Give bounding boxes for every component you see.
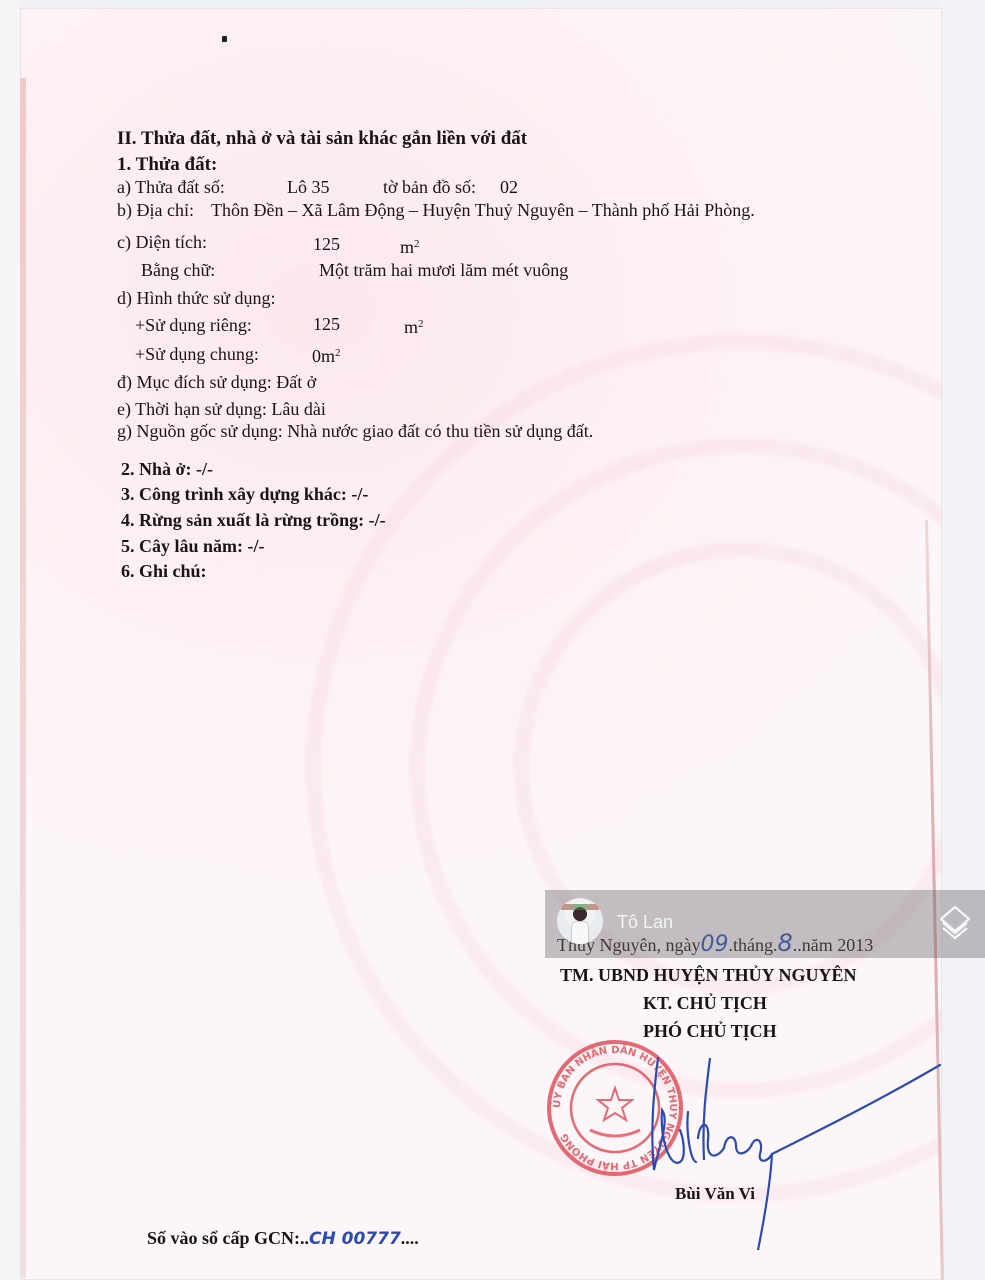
area-value: 125	[313, 233, 340, 255]
registration-number: Số vào sổ cấp GCN:..CH 00777....	[147, 1227, 419, 1250]
plot-number-value: Lô 35	[287, 176, 330, 198]
role-line-1: KT. CHỦ TỊCH	[643, 992, 767, 1014]
org-line: TM. UBND HUYỆN THỦY NGUYÊN	[560, 964, 857, 986]
address-value: Thôn Đền – Xã Lâm Động – Huyện Thuỷ Nguy…	[211, 199, 755, 221]
item-notes: 6. Ghi chú:	[121, 560, 207, 582]
section-title: II. Thửa đất, nhà ở và tài sản khác gắn …	[117, 128, 527, 150]
usage-term: e) Thời hạn sử dụng: Lâu dài	[117, 398, 326, 420]
area-words-value: Một trăm hai mươi lăm mét vuông	[319, 259, 568, 281]
land-plot-heading: 1. Thửa đất:	[117, 154, 217, 176]
share-overlay-bar	[545, 890, 985, 958]
map-sheet-label: tờ bản đồ số:	[383, 176, 476, 198]
shared-use-value: 0m2	[312, 342, 341, 367]
private-use-unit: m2	[404, 313, 424, 338]
item-perennial-trees: 5. Cây lâu năm: -/-	[121, 535, 265, 557]
area-label: c) Diện tích:	[117, 231, 207, 253]
document-content: II. Thửa đất, nhà ở và tài sản khác gắn …	[0, 0, 985, 1280]
user-avatar[interactable]	[557, 898, 603, 944]
plot-number-label: a) Thửa đất số:	[117, 176, 225, 198]
usage-form-label: d) Hình thức sử dụng:	[117, 287, 276, 309]
item-other-construction: 3. Công trình xây dựng khác: -/-	[121, 483, 368, 505]
item-production-forest: 4. Rừng sản xuất là rừng trồng: -/-	[121, 509, 386, 531]
user-name[interactable]: Tô Lan	[617, 912, 673, 933]
shared-use-label: +Sử dụng chung:	[135, 343, 259, 365]
usage-origin: g) Nguồn gốc sử dụng: Nhà nước giao đất …	[117, 420, 593, 442]
private-use-label: +Sử dụng riêng:	[135, 314, 252, 336]
area-words-label: Bằng chữ:	[141, 259, 215, 281]
area-unit: m2	[400, 233, 420, 258]
private-use-value: 125	[313, 313, 340, 335]
signer-name: Bùi Văn Vi	[675, 1183, 755, 1205]
address-label: b) Địa chỉ:	[117, 199, 194, 221]
map-sheet-value: 02	[500, 176, 518, 198]
item-house: 2. Nhà ở: -/-	[121, 458, 213, 480]
handwritten-signature	[640, 1050, 950, 1250]
usage-purpose: đ) Mục đích sử dụng: Đất ở	[117, 371, 316, 393]
layers-icon[interactable]	[935, 903, 975, 943]
